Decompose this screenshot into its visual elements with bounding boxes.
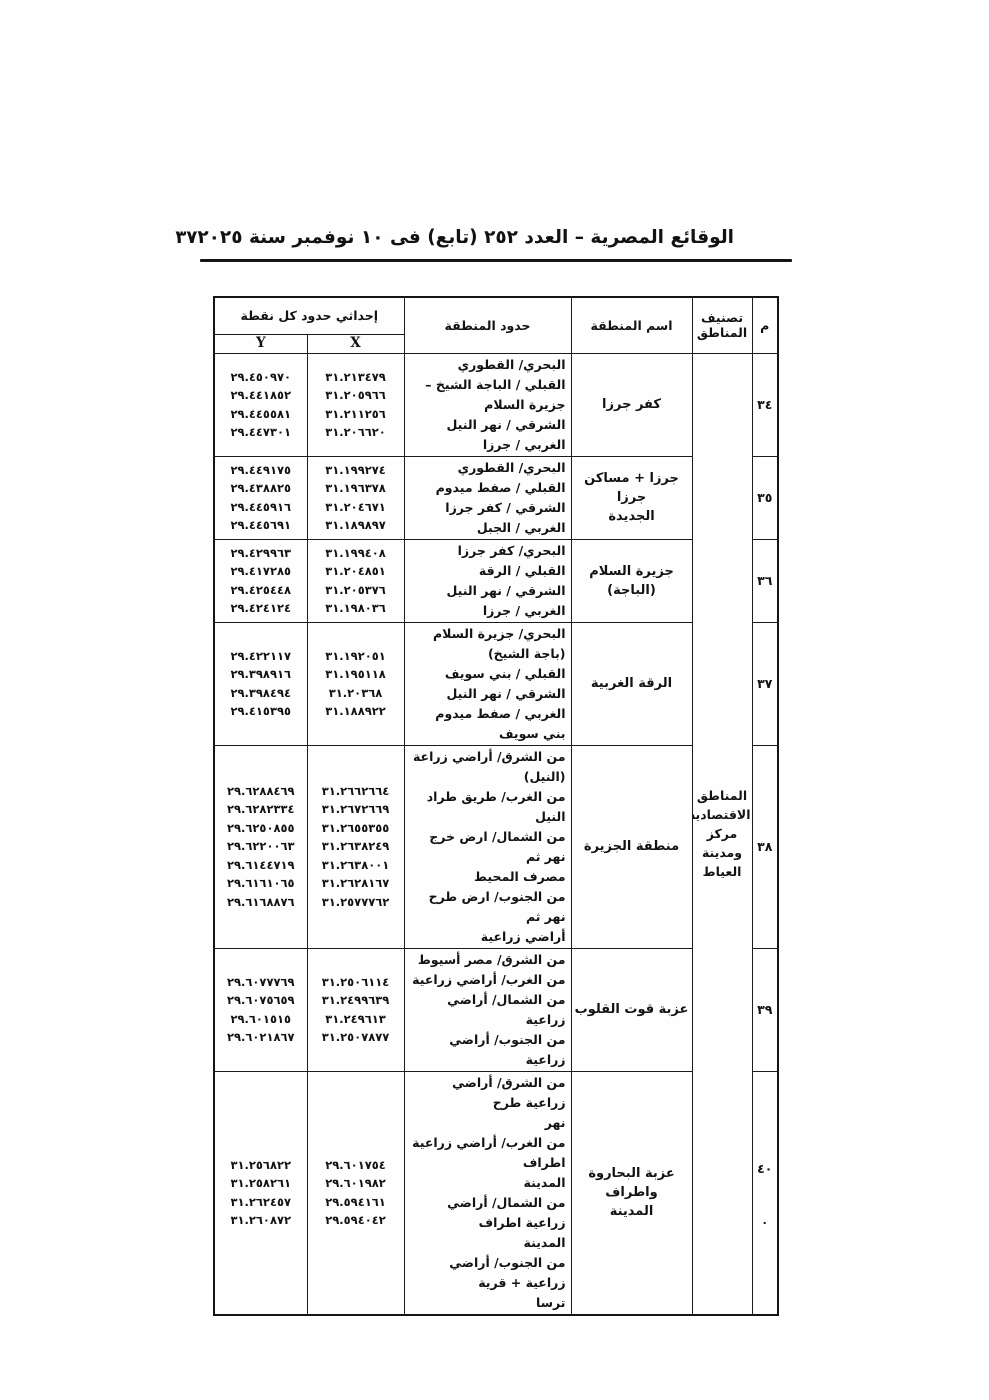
zone-name-cell: عزبة البحاروة واطراف المدينة (571, 1071, 692, 1315)
row-number-dot: . (754, 1218, 777, 1224)
zone-bounds-cell: البحري/ جزيرة السلام (باجة الشيخ) القبلي… (404, 622, 571, 745)
zone-bounds-cell: من الشرق/ أراضي زراعة (النيل) من الغرب/ … (404, 745, 571, 948)
y-coords-cell: ٢٩.٤٢٢١١٧ ٢٩.٣٩٨٩١٦ ٢٩.٣٩٨٤٩٤ ٢٩.٤١٥٣٩٥ (214, 622, 307, 745)
row-number-cell: ٤٠ . (752, 1071, 778, 1315)
zone-bounds-cell: من الشرق/ أراضي زراعية طرح نهر من الغرب/… (404, 1071, 571, 1315)
zone-name-cell: منطقة الجزيرة (571, 745, 692, 948)
zone-name-cell: الرقة الغربية (571, 622, 692, 745)
row-number-cell: ٣٩ (752, 948, 778, 1071)
y-coords-cell: ٢٩.٦٢٨٨٤٦٩ ٢٩.٦٢٨٢٣٣٤ ٢٩.٦٢٥٠٨٥٥ ٢٩.٦٢٢٠… (214, 745, 307, 948)
col-header-name: اسم المنطقة (571, 297, 692, 353)
y-coords-cell: ٢٩.٦٠٧٧٧٦٩ ٢٩.٦٠٧٥٦٥٩ ٢٩.٦٠١٥١٥ ٢٩.٦٠٢١٨… (214, 948, 307, 1071)
gazette-page: الوقائع المصرية – العدد ٢٥٢ (تابع) فى ١٠… (0, 0, 989, 1400)
zone-name-cell: كفر جرزا (571, 353, 692, 456)
x-coords-cell: ٣١.٢١٣٤٧٩ ٣١.٢٠٥٩٦٦ ٣١.٢١١٢٥٦ ٣١.٢٠٦٦٢٠ (307, 353, 404, 456)
gazette-title: الوقائع المصرية – العدد ٢٥٢ (تابع) فى ١٠… (197, 227, 734, 248)
table-header-row: م تصنيف المناطق اسم المنطقة حدود المنطقة… (214, 297, 778, 334)
x-coords-cell: ٣١.٢٥٠٦١١٤ ٣١.٢٤٩٩٦٣٩ ٣١.٢٤٩٦١٣ ٣١.٢٥٠٧٨… (307, 948, 404, 1071)
zone-bounds-cell: البحري/ القطوري القبلي / الباجة الشيخ –ج… (404, 353, 571, 456)
row-number-cell: ٣٧ (752, 622, 778, 745)
zone-bounds-cell: من الشرق/ مصر أسيوط من الغرب/ أراضي زراع… (404, 948, 571, 1071)
x-coords-cell: ٢٩.٦٠١٧٥٤ ٢٩.٦٠١٩٨٢ ٢٩.٥٩٤١٦١ ٢٩.٥٩٤٠٤٢ (307, 1071, 404, 1315)
row-number-cell: ٣٨ (752, 745, 778, 948)
zones-table: م تصنيف المناطق اسم المنطقة حدود المنطقة… (213, 296, 779, 1316)
y-coords-cell: ٢٩.٤٢٩٩٦٣ ٢٩.٤١٧٢٨٥ ٢٩.٤٢٥٤٤٨ ٢٩.٤٢٤١٢٤ (214, 539, 307, 622)
zone-bounds-cell: البحري/ كفر جرزا القبلي / الرقة الشرقي /… (404, 539, 571, 622)
row-number: ٤٠ (757, 1161, 772, 1176)
col-header-y: Y (214, 334, 307, 353)
col-header-no: م (752, 297, 778, 353)
running-head: الوقائع المصرية – العدد ٢٥٢ (تابع) فى ١٠… (200, 220, 734, 254)
table-row: ٣٤ المناطق الاقتصادية مركز ومدينة العياط… (214, 353, 778, 456)
header-divider (200, 259, 792, 262)
col-header-coords: إحداثي حدود كل نقطة (214, 297, 404, 334)
col-header-x: X (307, 334, 404, 353)
zone-name-cell: عزبة قوت القلوب (571, 948, 692, 1071)
y-coords-cell: ٢٩.٤٤٩١٧٥ ٢٩.٤٣٨٨٢٥ ٢٩.٤٤٥٩١٦ ٢٩.٤٤٥٦٩١ (214, 456, 307, 539)
zones-table-wrapper: م تصنيف المناطق اسم المنطقة حدود المنطقة… (213, 296, 779, 1316)
zone-name-cell: جزيرة السلام (الباجة) (571, 539, 692, 622)
x-coords-cell: ٣١.٢٦٦٢٦٦٤ ٣١.٢٦٧٢٦٦٩ ٣١.٢٦٥٥٣٥٥ ٣١.٢٦٣٨… (307, 745, 404, 948)
col-header-bounds: حدود المنطقة (404, 297, 571, 353)
zone-name-cell: جرزا + مساكن جرزا الجديدة (571, 456, 692, 539)
row-number-cell: ٣٤ (752, 353, 778, 456)
row-number-cell: ٣٥ (752, 456, 778, 539)
page-number: ٣٧ (175, 227, 197, 248)
zone-bounds-cell: البحري/ القطوري القبلي / صفط ميدوم الشرق… (404, 456, 571, 539)
classification-cell: المناطق الاقتصادية مركز ومدينة العياط (692, 353, 752, 1315)
y-coords-cell: ٣١.٢٥٦٨٢٢ ٣١.٢٥٨٢٦١ ٣١.٢٦٢٤٥٧ ٣١.٢٦٠٨٧٢ (214, 1071, 307, 1315)
row-number-cell: ٣٦ (752, 539, 778, 622)
col-header-classification: تصنيف المناطق (692, 297, 752, 353)
x-coords-cell: ٣١.١٩٢٠٥١ ٣١.١٩٥١١٨ ٣١.٢٠٣٦٨ ٣١.١٨٨٩٢٢ (307, 622, 404, 745)
x-coords-cell: ٣١.١٩٩٢٧٤ ٣١.١٩٦٣٧٨ ٣١.٢٠٤٦٧١ ٣١.١٨٩٨٩٧ (307, 456, 404, 539)
x-coords-cell: ٣١.١٩٩٤٠٨ ٣١.٢٠٤٨٥١ ٣١.٢٠٥٣٧٦ ٣١.١٩٨٠٣٦ (307, 539, 404, 622)
y-coords-cell: ٢٩.٤٥٠٩٧٠ ٢٩.٤٤١٨٥٢ ٢٩.٤٤٥٥٨١ ٢٩.٤٤٧٣٠١ (214, 353, 307, 456)
